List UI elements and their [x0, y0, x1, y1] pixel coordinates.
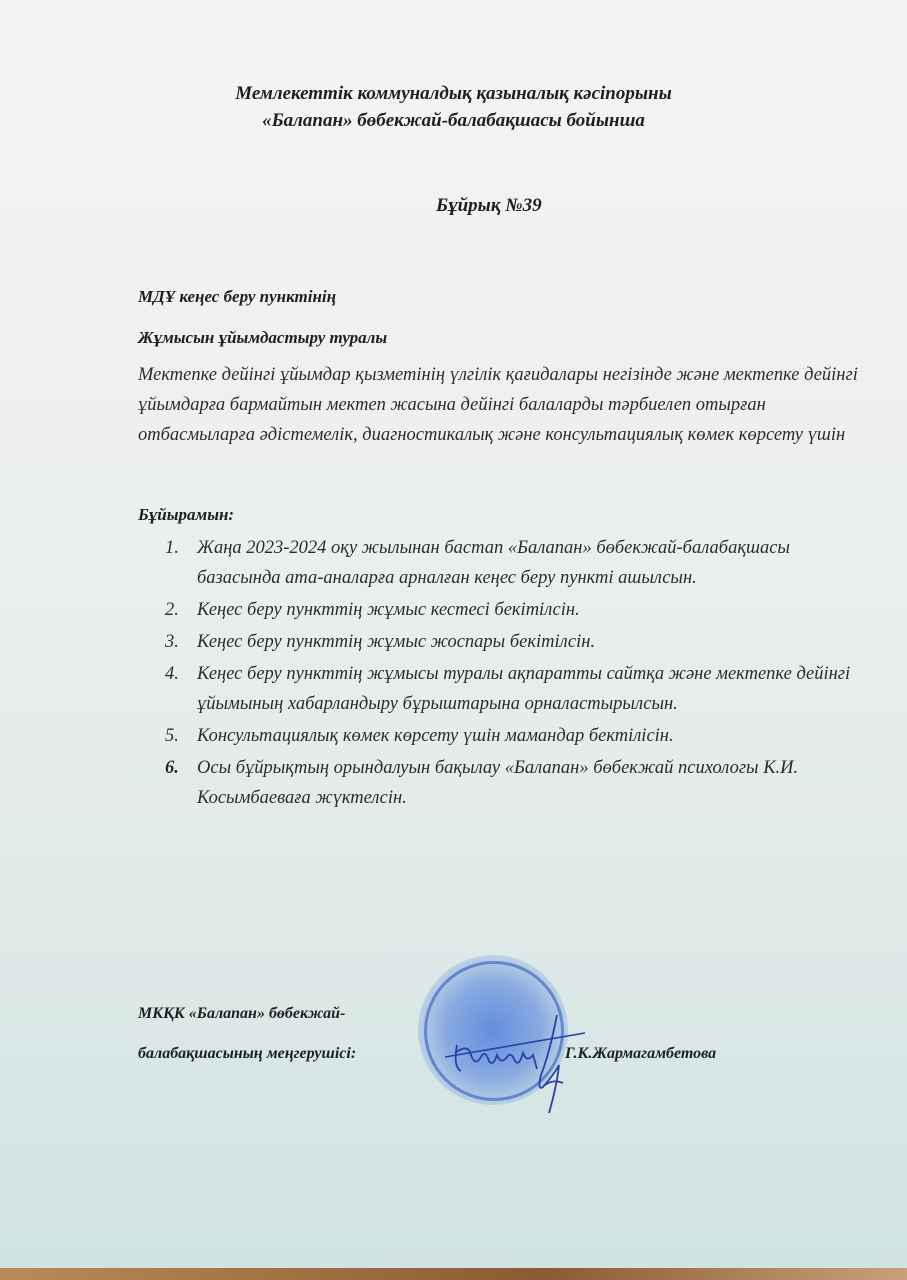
item-number: 2. — [165, 595, 179, 625]
order-number: Бұйрық №39 — [436, 195, 542, 217]
order-heading: Бұйырамын: — [138, 505, 234, 525]
subject-line-1: МДҰ кеңес беру пунктінің — [138, 287, 336, 307]
item-number: 1. — [165, 533, 179, 563]
header-line-2: «Балапан» бөбекжай-балабақшасы бойынша — [0, 107, 907, 134]
order-item: 4.Кеңес беру пункттің жұмысы туралы ақпа… — [165, 659, 855, 719]
preamble-paragraph: Мектепке дейінгі ұйымдар қызметінің үлгі… — [138, 360, 858, 450]
item-text: Консультациялық көмек көрсету үшін маман… — [197, 726, 674, 746]
subject-line-2: Жұмысын ұйымдастыру туралы — [138, 328, 387, 348]
item-text: Кеңес беру пункттің жұмыс кестесі бекіті… — [197, 600, 580, 620]
signatory-org: МКҚК «Балапан» бөбекжай- — [138, 1005, 345, 1023]
item-text: Кеңес беру пункттің жұмыс жоспары бекіті… — [197, 632, 595, 652]
item-number: 6. — [165, 753, 179, 783]
item-number: 3. — [165, 627, 179, 657]
order-items-list: 1.Жаңа 2023-2024 оқу жылынан бастап «Бал… — [165, 533, 855, 815]
order-item: 3.Кеңес беру пункттің жұмыс жоспары бекі… — [165, 627, 855, 657]
order-item: 5.Консультациялық көмек көрсету үшін мам… — [165, 721, 855, 751]
item-text: Осы бұйрықтың орындалуын бақылау «Балапа… — [197, 758, 798, 808]
header-line-1: Мемлекеттік коммуналдық қазыналық кәсіпо… — [0, 80, 907, 107]
order-item: 1.Жаңа 2023-2024 оқу жылынан бастап «Бал… — [165, 533, 855, 593]
director-name: Г.К.Жармагамбетова — [565, 1045, 716, 1063]
document-page: Мемлекеттік коммуналдық қазыналық кәсіпо… — [0, 0, 907, 1272]
table-surface — [0, 1268, 907, 1280]
signatory-title: балабақшасының меңгерушісі: — [138, 1045, 356, 1063]
order-item: 2.Кеңес беру пункттің жұмыс кестесі бекі… — [165, 595, 855, 625]
item-text: Кеңес беру пункттің жұмысы туралы ақпара… — [197, 664, 850, 714]
item-number: 4. — [165, 659, 179, 689]
item-number: 5. — [165, 721, 179, 751]
order-item: 6.Осы бұйрықтың орындалуын бақылау «Бала… — [165, 753, 855, 813]
organization-header: Мемлекеттік коммуналдық қазыналық кәсіпо… — [0, 80, 907, 134]
item-text: Жаңа 2023-2024 оқу жылынан бастап «Балап… — [197, 538, 790, 588]
signature-icon — [445, 995, 585, 1115]
